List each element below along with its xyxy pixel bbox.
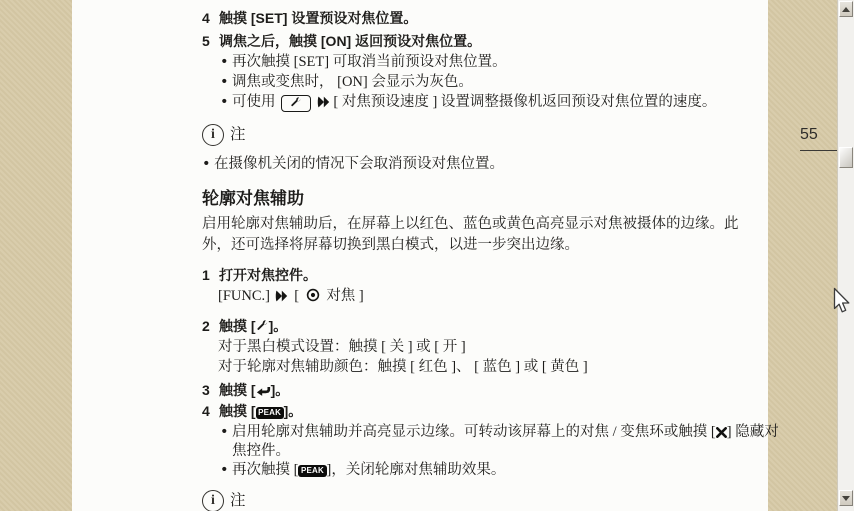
bullet-text-pre: 再次触摸 [ [232, 462, 298, 478]
notes-label: 注 [230, 125, 246, 145]
bullet-marker: • [220, 72, 229, 92]
step-number: 4 [202, 8, 212, 28]
bullet-marker: • [220, 92, 229, 112]
step-line: 2 触摸 []。 [202, 316, 842, 336]
focus-label: 对焦 ] [326, 288, 363, 304]
bullet-marker: • [220, 461, 229, 480]
focus-icon [306, 288, 320, 302]
wrench-icon [290, 97, 302, 109]
peak-badge: PEAK [256, 407, 284, 419]
scroll-down-button[interactable] [839, 490, 853, 506]
bullet-text: 调焦或变焦时， [ON] 会显示为灰色。 [232, 74, 473, 90]
scrollbar-thumb[interactable] [839, 147, 853, 168]
step-line: 5 调焦之后，触摸 [ON] 返回预设对焦位置。 [202, 31, 842, 51]
info-icon: i [202, 490, 224, 511]
bullet-marker: • [202, 154, 211, 174]
step-number: 1 [202, 265, 212, 285]
bullet-text-pre: 可使用 [232, 94, 276, 110]
option-line: 对于黑白模式设置：触摸 [ 关 ] 或 [ 开 ] [218, 337, 842, 357]
peak-badge: PEAK [298, 465, 326, 477]
document-page: 55 4 触摸 [SET] 设置预设对焦位置。 5 调焦之后，触摸 [ON] 返… [72, 0, 768, 511]
page-content: 4 触摸 [SET] 设置预设对焦位置。 5 调焦之后，触摸 [ON] 返回预设… [202, 8, 842, 511]
setup-menu-button-icon [281, 95, 311, 112]
step-text-post: ]。 [271, 382, 290, 398]
back-arrow-icon [256, 385, 271, 397]
step-number: 5 [202, 31, 212, 51]
step-text: 触摸 []。 [219, 380, 289, 400]
step-line: 4 触摸 [PEAK]。 [202, 401, 842, 421]
notes-header: i 注 [202, 490, 842, 511]
info-glyph: i [211, 494, 215, 508]
down-arrow-icon [842, 496, 850, 501]
info-icon: i [202, 124, 224, 146]
step-number: 2 [202, 316, 212, 336]
bullet-text: 再次触摸 [SET] 可取消当前预设对焦位置。 [232, 54, 507, 70]
note-item: • 在摄像机关闭的情况下会取消预设对焦位置。 [202, 154, 842, 174]
step-text-post: ]。 [269, 318, 288, 334]
bullet-marker: • [220, 423, 229, 442]
step-text-pre: 触摸 [ [219, 382, 256, 398]
section-heading: 轮廓对焦辅助 [202, 187, 842, 211]
vertical-scrollbar[interactable] [837, 0, 854, 511]
notes-label: 注 [230, 491, 246, 511]
list-item: • 调焦或变焦时， [ON] 会显示为灰色。 [220, 72, 842, 92]
bullet-text-post: [ 对焦预设速度 ] 设置调整摄像机返回预设对焦位置的速度。 [333, 94, 716, 110]
step-text-pre: 触摸 [ [219, 318, 256, 334]
step-number: 4 [202, 401, 212, 421]
info-glyph: i [211, 128, 215, 142]
step-text: 触摸 [SET] 设置预设对焦位置。 [219, 8, 417, 28]
up-arrow-icon [842, 7, 850, 12]
option-line: 对于轮廓对焦辅助颜色：触摸 [ 红色 ]、 [ 蓝色 ] 或 [ 黄色 ] [218, 357, 842, 377]
list-item: • 再次触摸 [PEAK]，关闭轮廓对焦辅助效果。 [220, 461, 842, 480]
bracket: [ [294, 288, 299, 304]
step-text: 调焦之后，触摸 [ON] 返回预设对焦位置。 [219, 31, 481, 51]
section-intro: 启用轮廓对焦辅助后，在屏幕上以红色、蓝色或黄色高亮显示对焦被摄体的边缘。此外，还… [202, 214, 750, 255]
bullet-text-post: ]，关闭轮廓对焦辅助效果。 [327, 462, 506, 478]
step-line: 1 打开对焦控件。 [202, 265, 842, 285]
step-number: 3 [202, 380, 212, 400]
step-text: 打开对焦控件。 [219, 265, 317, 285]
list-item: • 启用轮廓对焦辅助并高亮显示边缘。可转动该屏幕上的对焦 / 变焦环或触摸 []… [220, 423, 788, 461]
double-arrow-icon [275, 290, 288, 302]
bullet-marker: • [220, 52, 229, 72]
step-text: 触摸 []。 [219, 316, 287, 336]
bullet-text-pre: 启用轮廓对焦辅助并高亮显示边缘。可转动该屏幕上的对焦 / 变焦环或触摸 [ [232, 424, 716, 440]
desktop: { "glyphs": { "bullet": "•", "info": "i"… [0, 0, 854, 511]
step-text-post: ]。 [284, 403, 303, 419]
step-line: 3 触摸 []。 [202, 380, 842, 400]
scroll-up-button[interactable] [839, 1, 853, 17]
wrench-icon [256, 320, 269, 333]
note-text: 在摄像机关闭的情况下会取消预设对焦位置。 [214, 156, 504, 172]
list-item: • 再次触摸 [SET] 可取消当前预设对焦位置。 [220, 52, 842, 72]
notes-header: i 注 [202, 124, 842, 146]
close-icon [716, 427, 727, 438]
step-line: 4 触摸 [SET] 设置预设对焦位置。 [202, 8, 842, 28]
func-label: [FUNC.] [218, 288, 270, 304]
menu-path-line: [FUNC.] [ 对焦 ] [218, 286, 842, 306]
step-text: 触摸 [PEAK]。 [219, 401, 302, 421]
double-arrow-icon [317, 96, 330, 108]
step-text-pre: 触摸 [ [219, 403, 256, 419]
list-item: • 可使用 [ 对焦预设速度 ] 设置调整摄像机返回预设对焦位置的速度。 [220, 92, 842, 112]
